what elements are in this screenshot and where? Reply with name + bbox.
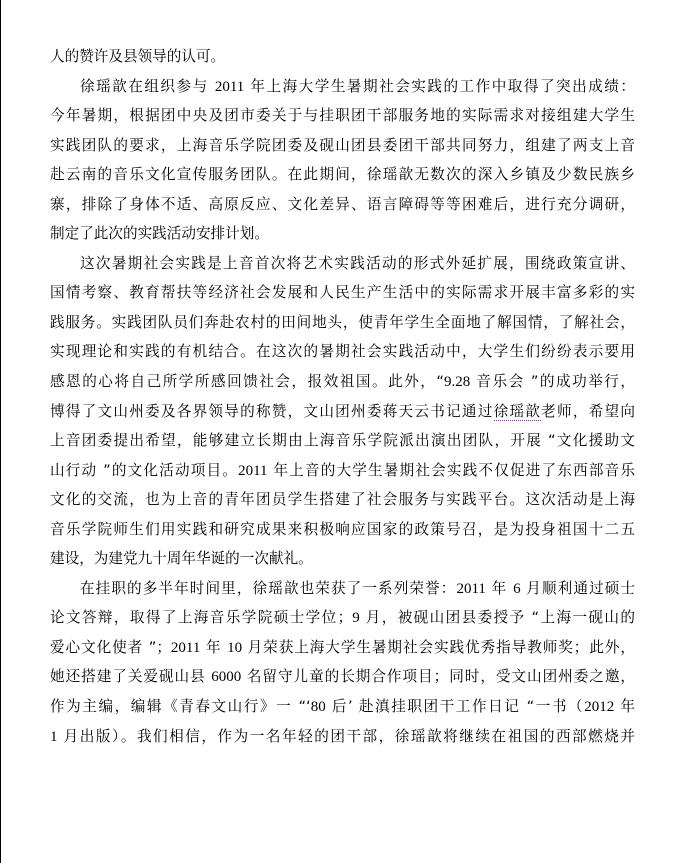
text-line: 人的赞许及县领导的认可。 <box>50 46 635 76</box>
numeral: 6 <box>513 581 521 597</box>
numeral: 2011 <box>171 640 200 656</box>
numeral: 80 <box>311 699 326 715</box>
text-line: 今年暑期，根据团中央及团市委关于与挂职团干部服务地的实际需求对接组建大学生 <box>50 105 635 135</box>
text-line-with-underlined-name: 博得了文山州委及各界领导的称赞，文山团州委蒋天云书记通过徐瑶歆老师，希望向 <box>50 401 635 431</box>
paragraph-continuation: 人的赞许及县领导的认可。 <box>50 46 635 76</box>
text-line: 践服务。实践团队员们奔赴农村的田间地头，使青年学生全面地了解国情，了解社会， <box>50 312 635 342</box>
paragraph-honors: 在挂职的多半年时间里，徐瑶歆也荣获了一系列荣誉：2011 年 6 月顺利通过硕士… <box>50 578 635 755</box>
numeral: 9 <box>352 610 360 626</box>
spellcheck-underlined-name: 徐瑶歆 <box>494 403 542 421</box>
text-line: 山行动 ”的文化活动项目。2011 年上音的大学生暑期社会实践不仅促进了东西部音… <box>50 460 635 490</box>
numeral: 10 <box>227 640 242 656</box>
numeral: 2012 <box>584 699 614 715</box>
text-line: 实现理论和实践的有机结合。在这次的暑期社会实践活动中，大学生们纷纷表示要用 <box>50 341 635 371</box>
document-page: 人的赞许及县领导的认可。 徐瑶歆在组织参与 2011 年上海大学生暑期社会实践的… <box>50 46 635 755</box>
text-line: 感恩的心将自己所学所感回馈社会，报效祖国。此外，“9.28 音乐会 ”的成功举行… <box>50 371 635 401</box>
text-line: 爱心文化使者 ”；2011 年 10 月荣获上海大学生暑期社会实践优秀指导教师奖… <box>50 637 635 667</box>
text-line: 在挂职的多半年时间里，徐瑶歆也荣获了一系列荣誉：2011 年 6 月顺利通过硕士 <box>50 578 635 608</box>
text-line: 论文答辩，取得了上海音乐学院硕士学位；9 月，被砚山团县委授予 “上海一砚山的 <box>50 607 635 637</box>
text-line: 上音团委提出希望，能够建立长期由上海音乐学院派出演出团队，开展 “文化援助文 <box>50 430 635 460</box>
text-line: 赴云南的音乐文化宣传服务团队。在此期间，徐瑶歆无数次的深入乡镇及少数民族乡 <box>50 164 635 194</box>
text-line: 文化的交流，也为上音的青年团员学生搭建了社会服务与实践平台。这次活动是上海 <box>50 489 635 519</box>
text-line: 建设，为建党九十周年华诞的一次献礼。 <box>50 548 635 578</box>
numeral: 6000 <box>211 669 241 685</box>
text-line: 她还搭建了关爱砚山县 6000 名留守儿童的长期合作项目；同时，受文山团州委之邀… <box>50 666 635 696</box>
numeral: 2011 <box>238 463 267 479</box>
text-line: 徐瑶歆在组织参与 2011 年上海大学生暑期社会实践的工作中取得了突出成绩： <box>50 76 635 106</box>
numeral: 9.28 <box>444 374 470 390</box>
paragraph-summer-practice: 这次暑期社会实践是上音首次将艺术实践活动的形式外延扩展，围绕政策宣讲、 国情考察… <box>50 253 635 578</box>
page-left-border <box>0 0 1 863</box>
text-line: 1 月出版）。我们相信，作为一名年轻的团干部，徐瑶歆将继续在祖国的西部燃烧并 <box>50 726 635 756</box>
numeral: 1 <box>50 729 58 745</box>
text-line: 实践团队的要求，上海音乐学院团委及砚山团县委团干部共同努力，组建了两支上音 <box>50 135 635 165</box>
numeral: 2011 <box>215 79 244 95</box>
text-line: 作为主编，编辑《青春文山行》一 “‘80 后’ 赴滇挂职团干工作日记 “一书（2… <box>50 696 635 726</box>
paragraph-social-practice-achievement: 徐瑶歆在组织参与 2011 年上海大学生暑期社会实践的工作中取得了突出成绩： 今… <box>50 76 635 253</box>
text-line: 国情考察、教育帮扶等经济社会发展和人民生产生活中的实际需求开展丰富多彩的实 <box>50 282 635 312</box>
text-line: 音乐学院师生们用实践和研究成果来积极响应国家的政策号召，是为投身祖国十二五 <box>50 519 635 549</box>
text-line: 寨，排除了身体不适、高原反应、文化差异、语言障碍等等困难后，进行充分调研， <box>50 194 635 224</box>
text-line: 这次暑期社会实践是上音首次将艺术实践活动的形式外延扩展，围绕政策宣讲、 <box>50 253 635 283</box>
text-line: 制定了此次的实践活动安排计划。 <box>50 223 635 253</box>
numeral: 2011 <box>456 581 485 597</box>
